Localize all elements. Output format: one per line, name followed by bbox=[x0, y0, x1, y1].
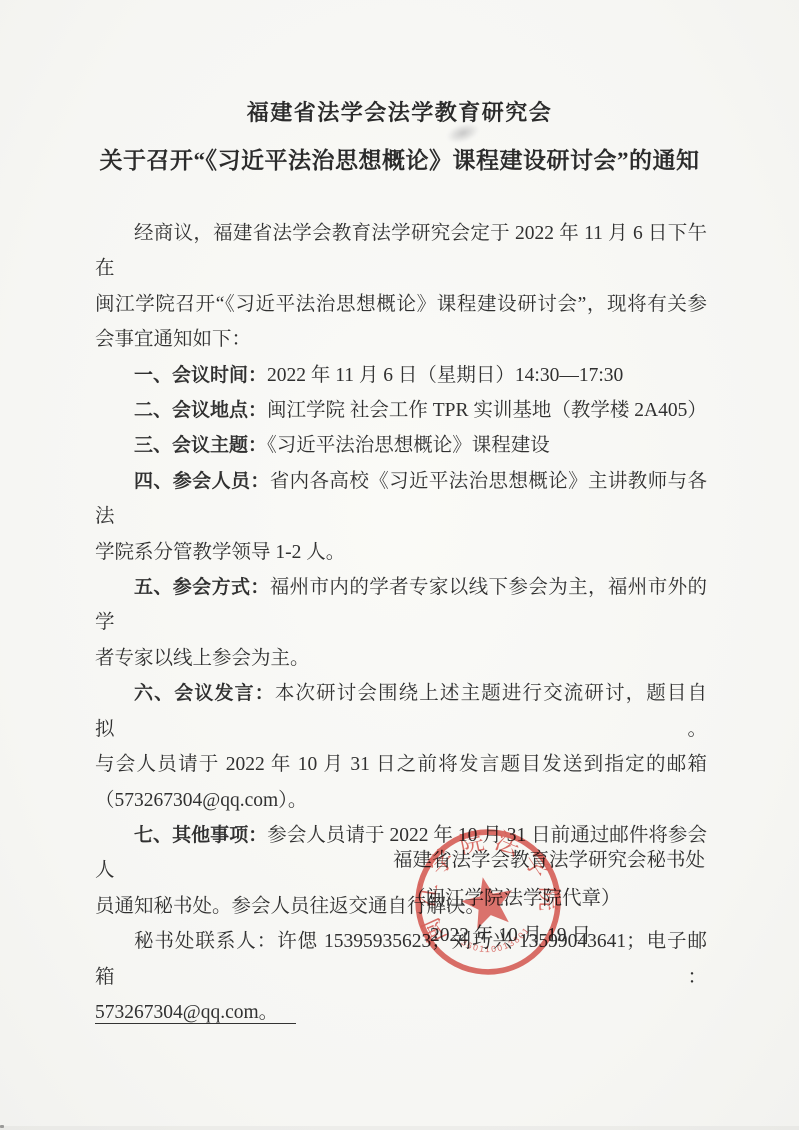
svg-text:360110013801: 360110013801 bbox=[458, 923, 535, 961]
body-line-participants: 四、参会人员：省内各高校《习近平法治思想概论》主讲教师与各法 bbox=[95, 464, 707, 535]
item-label: 六、会议发言： bbox=[134, 683, 275, 704]
body-line: 会事宜通知如下： bbox=[95, 322, 707, 357]
body-line-speeches: 六、会议发言：本次研讨会围绕上述主题进行交流研讨，题目自拟。 bbox=[95, 676, 707, 747]
body-line-attendance-mode: 五、参会方式：福州市内的学者专家以线下参会为主，福州市外的学 bbox=[95, 570, 707, 641]
item-label: 一、会议时间： bbox=[134, 365, 267, 386]
org-title: 福建省法学会法学教育研究会 bbox=[0, 96, 799, 127]
body-line: 闽江学院召开“《习近平法治思想概论》课程建设研讨会”，现将有关参 bbox=[95, 287, 707, 322]
scanned-notice-page: 福建省法学会法学教育研究会 关于召开“《习近平法治思想概论》课程建设研讨会”的通… bbox=[0, 0, 799, 1130]
body-line: 者专家以线上参会为主。 bbox=[95, 641, 707, 676]
item-label: 四、参会人员： bbox=[134, 471, 270, 492]
body-line-email-underlined: 573267304@qq.com。 bbox=[95, 995, 707, 1030]
body-line: 与会人员请于 2022 年 10 月 31 日之前将发言题目发送到指定的邮箱 bbox=[95, 747, 707, 782]
seal-star-icon bbox=[457, 872, 518, 931]
notice-title: 关于召开“《习近平法治思想概论》课程建设研讨会”的通知 bbox=[0, 142, 799, 175]
item-label: 二、会议地点： bbox=[134, 400, 267, 421]
body-line: 学院系分管教学领导 1-2 人。 bbox=[95, 535, 707, 570]
item-label: 五、参会方式： bbox=[134, 577, 270, 598]
item-label: 三、会议主题： bbox=[134, 435, 267, 456]
body-line-meeting-time: 一、会议时间：2022 年 11 月 6 日（星期日）14:30—17:30 bbox=[95, 358, 707, 393]
item-label: 七、其他事项： bbox=[134, 825, 267, 846]
scan-corner-speck bbox=[0, 1125, 4, 1128]
body-line-email-paren: （573267304@qq.com）。 bbox=[95, 783, 707, 818]
body-line-meeting-place: 二、会议地点：闽江学院 社会工作 TPR 实训基地（教学楼 2A405） bbox=[95, 393, 707, 428]
seal-serial-number: 360110013801 bbox=[458, 923, 535, 961]
scan-bottom-edge bbox=[0, 1126, 799, 1130]
official-seal: 闽江学院法学院 360110013801 bbox=[397, 811, 580, 994]
body-line: 经商议，福建省法学会教育法学研究会定于 2022 年 11 月 6 日下午在 bbox=[95, 216, 707, 287]
body-line-meeting-topic: 三、会议主题：《习近平法治思想概论》课程建设 bbox=[95, 428, 707, 463]
